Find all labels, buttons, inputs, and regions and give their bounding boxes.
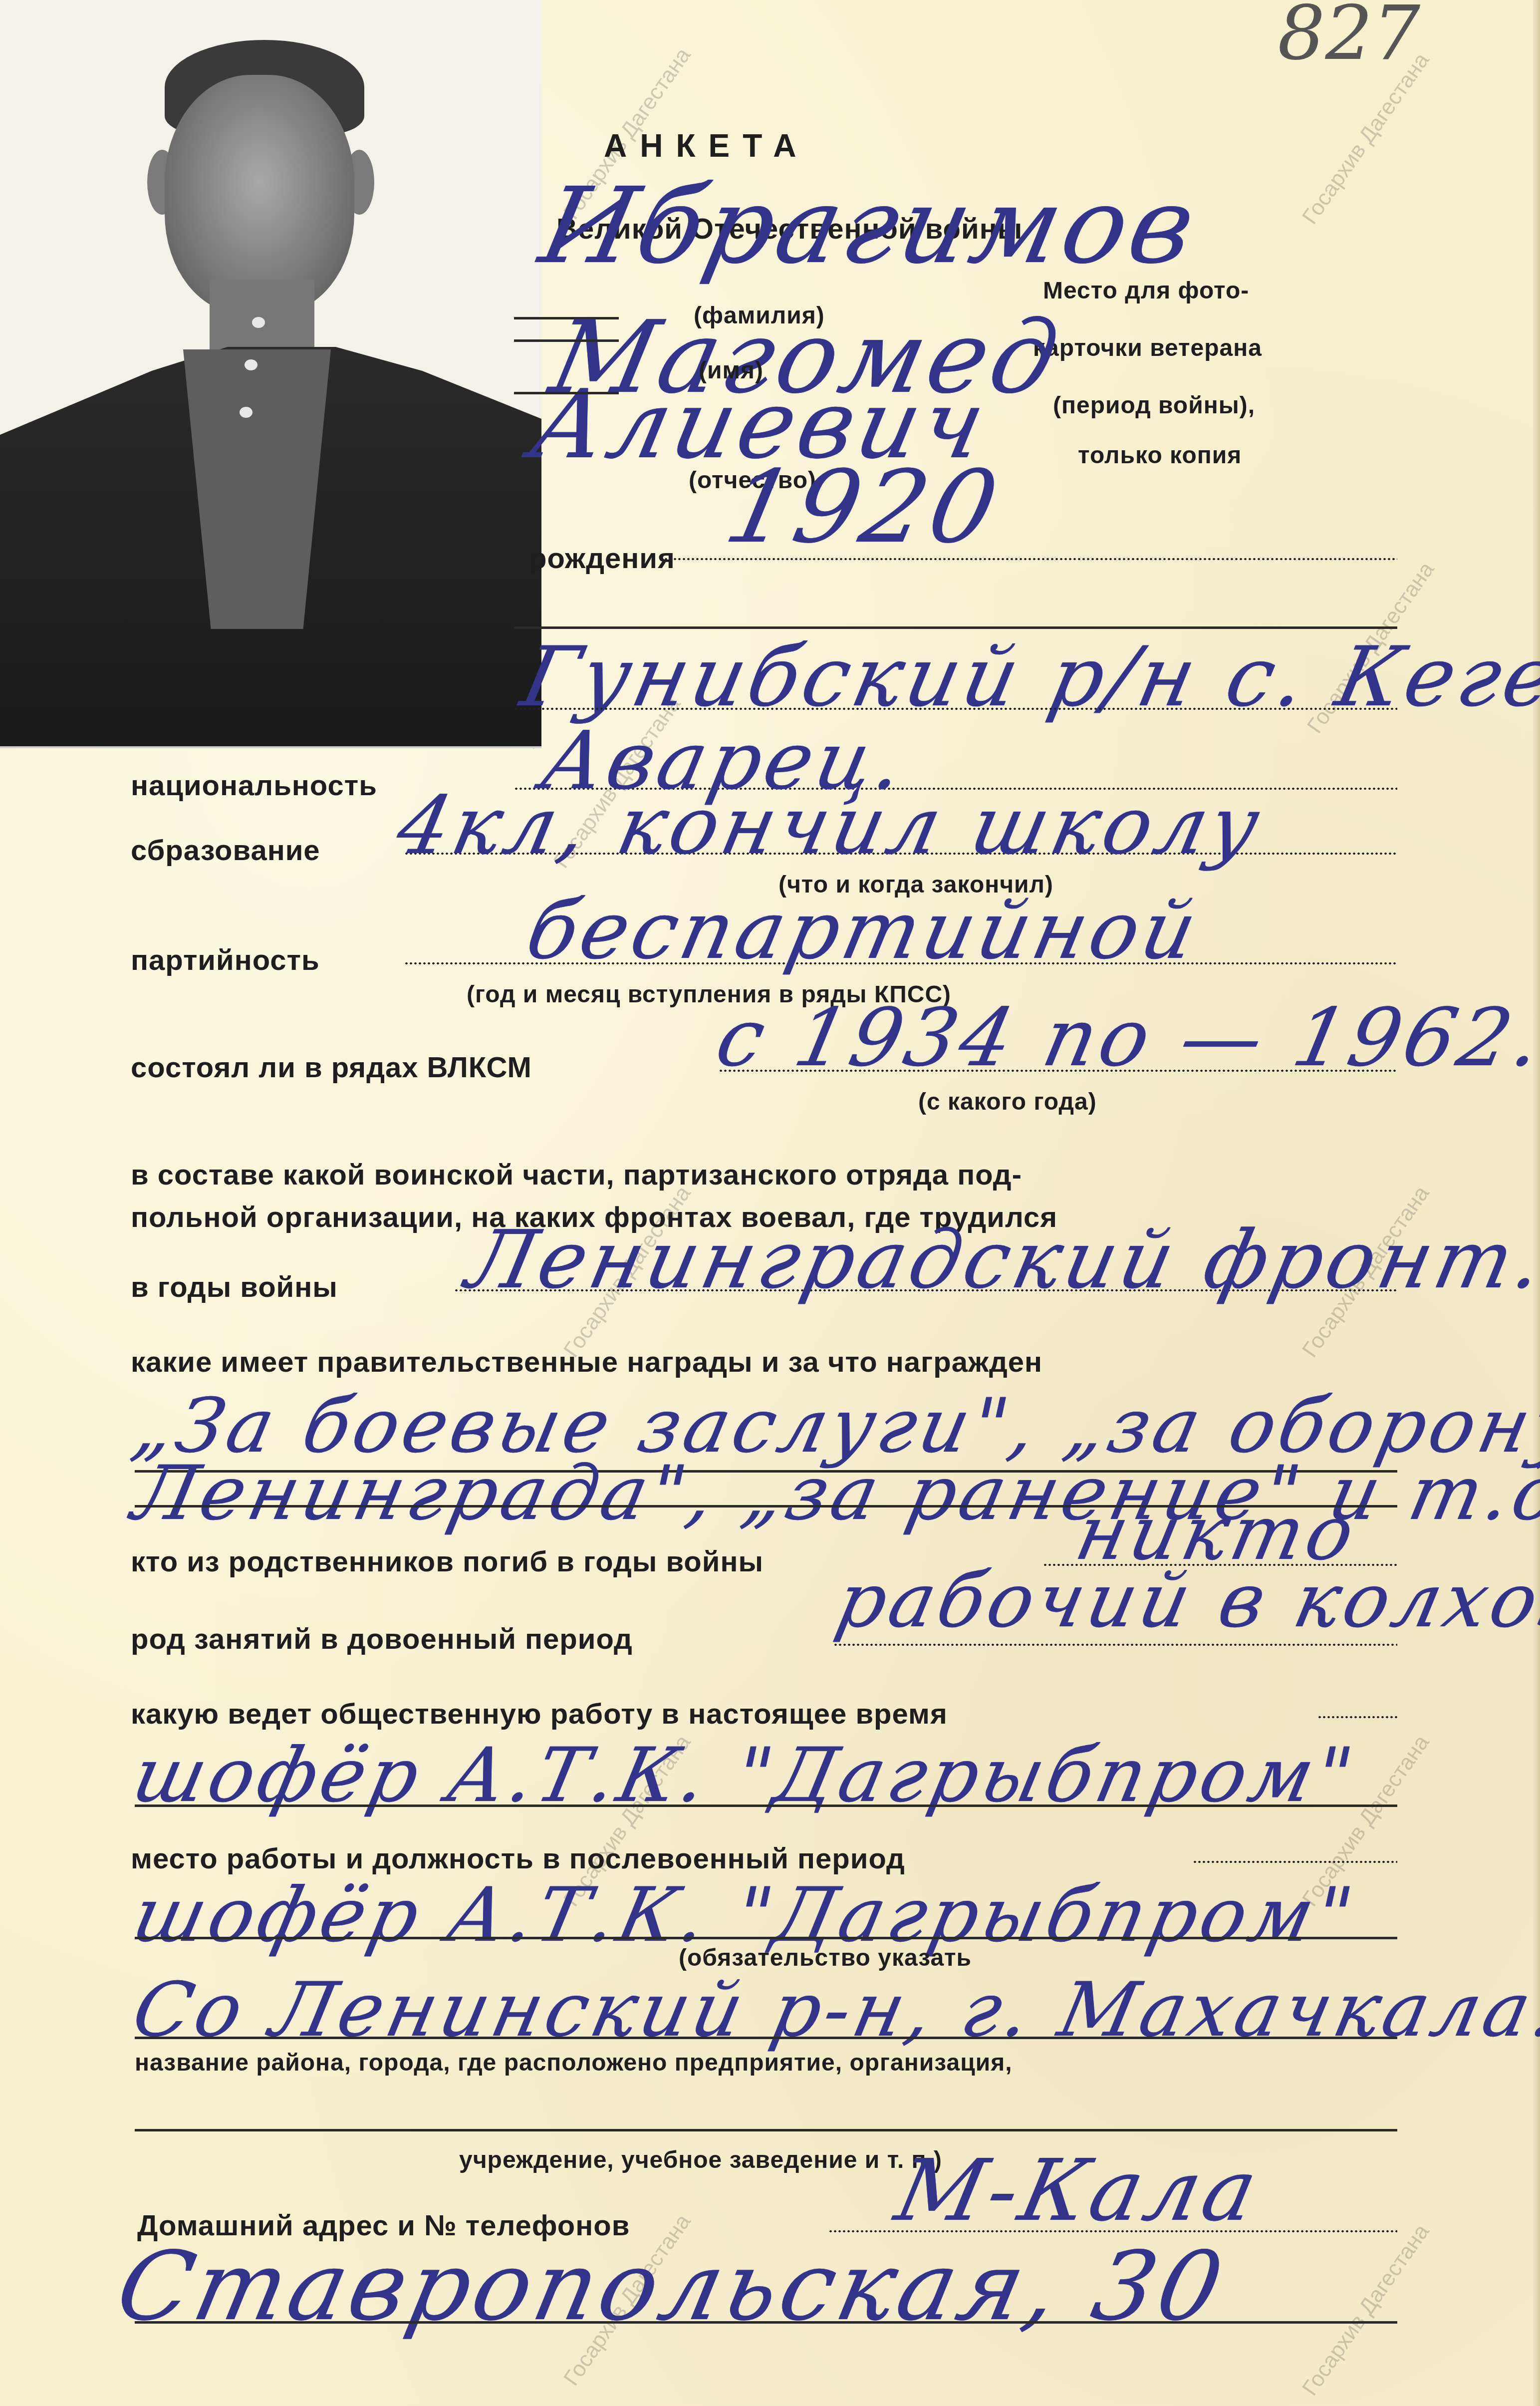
war-service-value: Ленинградский фронт.: [459, 1213, 1540, 1306]
photo-note-line: карточки ветерана: [1033, 334, 1262, 362]
archive-number: 827: [1278, 0, 1420, 77]
location-line: [135, 2037, 1397, 2039]
party-label: партийность: [131, 943, 320, 977]
party-value: беспартийной: [519, 884, 1208, 977]
home-address-value-line1: М-Кала: [888, 2141, 1269, 2240]
home-address-value-line2: Ставропольская, 30: [108, 2231, 1236, 2342]
postwar-job-label: место работы и должность в послевоенный …: [131, 1842, 905, 1875]
postwar-job-dotline: [1193, 1859, 1397, 1864]
public-work-label: какую ведет общественную работу в настоя…: [131, 1697, 948, 1731]
war-service-label-last: в годы войны: [131, 1270, 338, 1304]
komsomol-caption: (с какого года): [918, 1088, 1097, 1116]
war-service-label-line: в составе какой воинской части, партизан…: [131, 1158, 1022, 1192]
location-value: Со Ленинский р-н, г. Махачкала.: [126, 1967, 1540, 2054]
photo-note-line: только копия: [1078, 442, 1242, 469]
relatives-killed-label: кто из родственников погиб в годы войны: [131, 1545, 764, 1578]
nationality-label: национальность: [131, 769, 377, 802]
photo-face: [165, 75, 354, 314]
location-caption-2: учреждение, учебное заведение и т. п.): [459, 2146, 942, 2174]
public-work-dotline: [1317, 1715, 1397, 1720]
photo-shirt-button: [245, 359, 257, 370]
home-address-line: [135, 2321, 1397, 2324]
location-line: [135, 2129, 1397, 2131]
education-value: 4кл, кончил школу: [389, 779, 1271, 872]
name-line: [514, 339, 619, 342]
komsomol-label: состоял ли в рядах ВЛКСМ: [131, 1051, 532, 1084]
public-work-line: [135, 1804, 1397, 1807]
prewar-occupation-label: род занятий в довоенный период: [131, 1622, 633, 1656]
birth-place-dotline: [514, 706, 1397, 711]
patronymic-line: [514, 392, 619, 394]
form-title: АНКЕТА: [604, 127, 809, 164]
birth-year-value: 1920: [716, 449, 1011, 566]
watermark: Госархив Дагестана: [1297, 2220, 1434, 2401]
awards-label: какие имеет правительственные награды и …: [131, 1345, 1042, 1379]
prewar-occupation-value: рабочий в колхозе: [829, 1557, 1540, 1644]
photo-shirt-button: [252, 317, 265, 328]
photo-shirt-button: [240, 407, 253, 418]
surname-value: Ибрагимов: [531, 165, 1209, 287]
postwar-job-line: [135, 1937, 1397, 1939]
location-caption-1: название района, города, где расположено…: [135, 2049, 1013, 2077]
birth-year-label: рождения: [529, 542, 675, 575]
komsomol-value: с 1934 по — 1962.: [709, 991, 1540, 1084]
veteran-photo: [0, 0, 541, 748]
photo-note-line: (период войны),: [1053, 392, 1255, 419]
education-label: сбразование: [131, 834, 320, 867]
